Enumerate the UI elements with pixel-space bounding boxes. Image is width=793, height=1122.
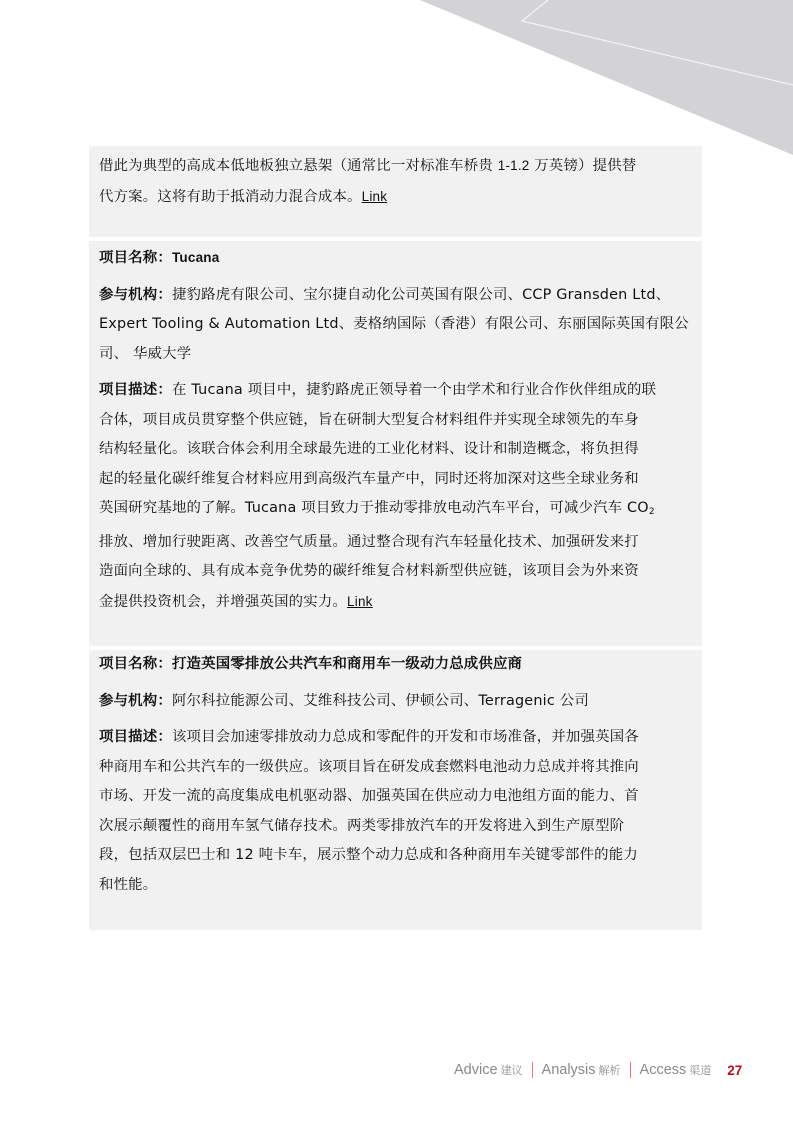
description-line: 造面向全球的、具有成本竞争优势的碳纤维复合材料新型供应链，该项目会为外来资 (99, 557, 692, 587)
description-text: 金提供投资机会，并增强英国的实力。 (99, 594, 347, 610)
partners-text: 阿尔科拉能源公司、艾维科技公司、伊顿公司、Terragenic 公司 (172, 693, 589, 709)
continuation-line-2: 代方案。这将有助于抵消动力混合成本。Link (99, 182, 692, 213)
project-description: 项目描述：该项目会加速零排放动力总成和零配件的开发和市场准备，并加强英国各 种商… (99, 723, 692, 900)
description-label: 项目描述： (99, 729, 172, 745)
description-line: 英国研究基地的了解。Tucana 项目致力于推动零排放电动汽车平台，可减少汽车 … (99, 494, 692, 528)
footer-divider (630, 1062, 631, 1078)
source-link[interactable]: Link (362, 189, 388, 204)
description-line: 排放、增加行驶距离、改善空气质量。通过整合现有汽车轻量化技术、加强研发来打 (99, 528, 692, 558)
footer-access-zh: 渠道 (689, 1062, 711, 1078)
project-name-value: Tucana (172, 250, 219, 265)
cost-range: 1-1.2 (498, 158, 530, 173)
description-text: 在 Tucana 项目中，捷豹路虎正领导着一个由学术和行业合作伙伴组成的联 (172, 382, 656, 398)
partners-line: 参与机构：捷豹路虎有限公司、宝尔捷自动化公司英国有限公司、CCP Gransde… (99, 281, 692, 311)
description-line: 合体，项目成员贯穿整个供应链，旨在研制大型复合材料组件并实现全球领先的车身 (99, 406, 692, 436)
footer-analysis: Analysis (542, 1062, 596, 1078)
partners-label: 参与机构： (99, 693, 172, 709)
description-line: 种商用车和公共汽车的一级供应。该项目旨在研发成套燃料电池动力总成并将其推向 (99, 753, 692, 783)
footer-analysis-zh: 解析 (599, 1062, 621, 1078)
text: 代方案。这将有助于抵消动力混合成本。 (99, 189, 362, 205)
project-name-label: 项目名称： (99, 656, 172, 672)
project-name-label: 项目名称： (99, 250, 172, 266)
text: 万英镑）提供替 (534, 158, 636, 174)
project-card-powertrain: 项目名称：打造英国零排放公共汽车和商用车一级动力总成供应商 参与机构：阿尔科拉能… (89, 650, 702, 930)
project-name-value: 打造英国零排放公共汽车和商用车一级动力总成供应商 (172, 656, 522, 672)
continuation-line-1: 借此为典型的高成本低地板独立悬架（通常比一对标准车桥贵 1-1.2 万英镑）提供… (99, 151, 692, 182)
description-line: 金提供投资机会，并增强英国的实力。Link (99, 587, 692, 618)
description-line: 结构轻量化。该联合体会利用全球最先进的工业化材料、设计和制造概念，将负担得 (99, 435, 692, 465)
partners-text: 捷豹路虎有限公司、宝尔捷自动化公司英国有限公司、CCP Gransden Ltd… (172, 287, 670, 303)
partners-label: 参与机构： (99, 287, 172, 303)
project-description: 项目描述：在 Tucana 项目中，捷豹路虎正领导着一个由学术和行业合作伙伴组成… (99, 376, 692, 617)
page-number: 27 (727, 1063, 742, 1078)
footer-access: Access (640, 1062, 687, 1078)
corner-decoration (0, 0, 793, 160)
partners-line: 参与机构：阿尔科拉能源公司、艾维科技公司、伊顿公司、Terragenic 公司 (99, 687, 692, 717)
footer-advice-zh: 建议 (501, 1062, 523, 1078)
text: 借此为典型的高成本低地板独立悬架（通常比一对标准车桥贵 (99, 158, 493, 174)
footer-advice: Advice (454, 1062, 498, 1078)
project-partners: 参与机构：捷豹路虎有限公司、宝尔捷自动化公司英国有限公司、CCP Gransde… (99, 281, 692, 370)
page-footer: Advice 建议 Analysis 解析 Access 渠道 27 (454, 1060, 742, 1080)
project-card-tucana: 项目名称：Tucana 参与机构：捷豹路虎有限公司、宝尔捷自动化公司英国有限公司… (89, 241, 702, 646)
description-line: 段，包括双层巴士和 12 吨卡车，展示整个动力总成和各种商用车关键零部件的能力 (99, 841, 692, 871)
description-text: 英国研究基地的了解。Tucana 项目致力于推动零排放电动汽车平台，可减少汽车 … (99, 500, 649, 516)
description-text: 该项目会加速零排放动力总成和零配件的开发和市场准备，并加强英国各 (172, 729, 639, 745)
project-name: 项目名称：Tucana (99, 243, 692, 274)
description-line: 市场、开发一流的高度集成电机驱动器、加强英国在供应动力电池组方面的能力、首 (99, 782, 692, 812)
partners-line: 司、 华威大学 (99, 340, 692, 370)
footer-divider (532, 1062, 533, 1078)
description-line: 和性能。 (99, 871, 692, 901)
project-partners: 参与机构：阿尔科拉能源公司、艾维科技公司、伊顿公司、Terragenic 公司 (99, 687, 692, 717)
continuation-box: 借此为典型的高成本低地板独立悬架（通常比一对标准车桥贵 1-1.2 万英镑）提供… (89, 146, 702, 237)
co2-subscript: 2 (649, 507, 655, 517)
project-name: 项目名称：打造英国零排放公共汽车和商用车一级动力总成供应商 (99, 650, 692, 680)
description-line: 项目描述：该项目会加速零排放动力总成和零配件的开发和市场准备，并加强英国各 (99, 723, 692, 753)
source-link[interactable]: Link (347, 594, 373, 609)
description-line: 项目描述：在 Tucana 项目中，捷豹路虎正领导着一个由学术和行业合作伙伴组成… (99, 376, 692, 406)
description-label: 项目描述： (99, 382, 172, 398)
partners-line: Expert Tooling & Automation Ltd、麦格纳国际（香港… (99, 310, 692, 340)
description-line: 起的轻量化碳纤维复合材料应用到高级汽车量产中，同时还将加深对这些全球业务和 (99, 465, 692, 495)
description-line: 次展示颠覆性的商用车氢气储存技术。两类零排放汽车的开发将进入到生产原型阶 (99, 812, 692, 842)
